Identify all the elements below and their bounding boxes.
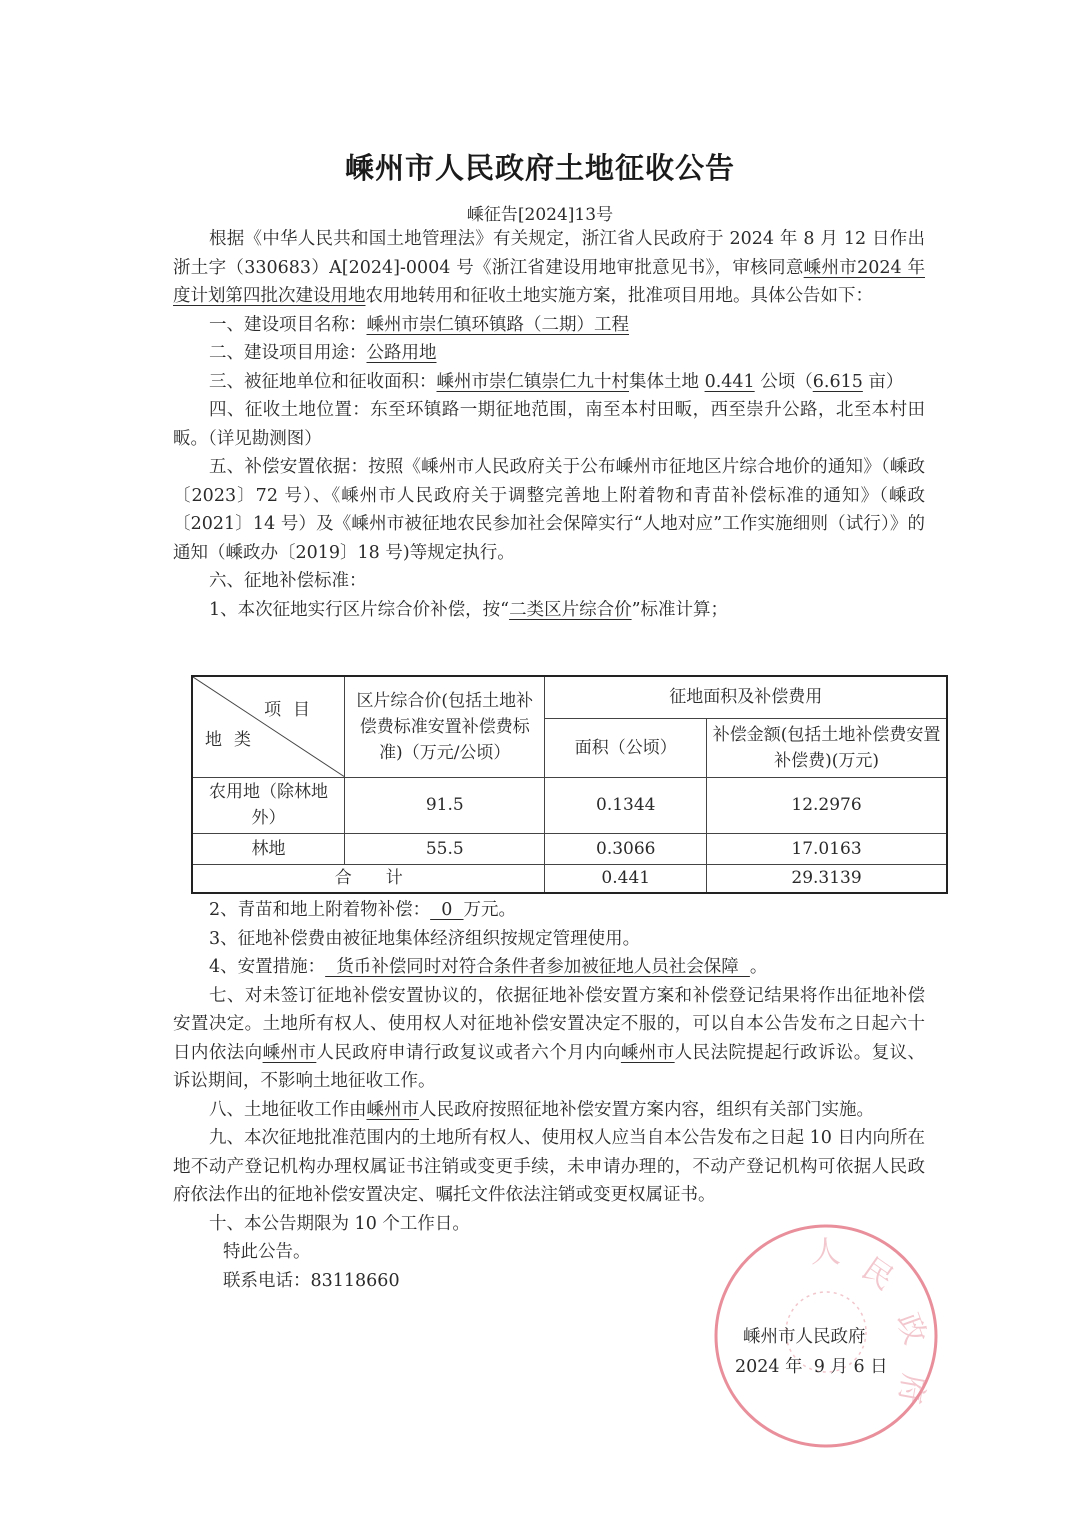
table-total-row: 合 计 0.441 29.3139 bbox=[192, 864, 947, 893]
cell-land-type: 农用地（除林地外） bbox=[192, 777, 345, 833]
item-eight: 八、土地征收工作由嵊州市人民政府按照征地补偿安置方案内容，组织有关部门实施。 bbox=[173, 1096, 925, 1125]
city-name: 嵊州市 bbox=[621, 1043, 675, 1063]
item-three: 三、被征地单位和征收面积：嵊州市崇仁镇崇仁九十村集体土地 0.441 公顷（6.… bbox=[173, 368, 925, 397]
item-three-label: 三、被征地单位和征收面积： bbox=[209, 372, 437, 392]
cell-price: 91.5 bbox=[345, 777, 545, 833]
item-seven-text-b: 人民政府申请行政复议或者六个月内向 bbox=[316, 1043, 621, 1063]
project-purpose: 公路用地 bbox=[367, 343, 437, 363]
cell-total-label: 合 计 bbox=[192, 864, 545, 893]
signing-organization: 嵊州市人民政府 bbox=[735, 1322, 905, 1352]
cell-land-type: 林地 bbox=[192, 833, 345, 864]
compensation-table: 项目 地类 区片综合价(包括土地补偿费标准安置补偿费标准)（万元/公顷） 征地面… bbox=[191, 675, 948, 894]
cell-amount: 12.2976 bbox=[707, 777, 947, 833]
item-five: 五、补偿安置依据：按照《嵊州市人民政府关于公布嵊州市征地区片综合地价的通知》（嵊… bbox=[173, 453, 925, 567]
document-number: 嵊征告[2024]13号 bbox=[0, 200, 1080, 225]
item-six-1-text: 1、本次征地实行区片综合价补偿，按“ bbox=[209, 600, 509, 620]
cell-area: 0.1344 bbox=[545, 777, 707, 833]
city-name: 嵊州市 bbox=[367, 1100, 420, 1120]
item-two: 二、建设项目用途：公路用地 bbox=[173, 339, 925, 368]
city-name: 嵊州市 bbox=[263, 1043, 317, 1063]
item-six: 六、征地补偿标准： bbox=[173, 567, 925, 596]
page-title: 嵊州市人民政府土地征收公告 bbox=[0, 146, 1080, 187]
item-six-2: 2、青苗和地上附着物补偿： 0 万元。 bbox=[173, 896, 925, 925]
item-seven: 七、对未签订征地补偿安置协议的，依据征地补偿安置方案和补偿登记结果将作出征地补偿… bbox=[173, 982, 925, 1096]
expropriated-unit: 嵊州市崇仁镇崇仁九十村 bbox=[437, 372, 630, 392]
cell-total-amount: 29.3139 bbox=[707, 864, 947, 893]
item-one-label: 一、建设项目名称： bbox=[209, 315, 367, 335]
cell-total-area: 0.441 bbox=[545, 864, 707, 893]
svg-text:人: 人 bbox=[811, 1235, 841, 1270]
table-corner-header: 项目 地类 bbox=[192, 676, 345, 777]
item-six-1-tail: ”标准计算； bbox=[632, 600, 728, 620]
cell-amount: 17.0163 bbox=[707, 833, 947, 864]
resettlement-measure: 货币补偿同时对符合条件者参加被征地人员社会保障 bbox=[325, 957, 750, 977]
svg-text:民: 民 bbox=[855, 1251, 900, 1297]
table-row: 林地 55.5 0.3066 17.0163 bbox=[192, 833, 947, 864]
body-section-top: 根据《中华人民共和国土地管理法》有关规定，浙江省人民政府于 2024 年 8 月… bbox=[173, 225, 925, 624]
cell-area: 0.3066 bbox=[545, 833, 707, 864]
intro-paragraph: 根据《中华人民共和国土地管理法》有关规定，浙江省人民政府于 2024 年 8 月… bbox=[173, 225, 925, 311]
signature-block: 嵊州市人民政府 2024 年 9 月 6 日 bbox=[735, 1322, 905, 1382]
item-one: 一、建设项目名称：嵊州市崇仁镇环镇路（二期）工程 bbox=[173, 311, 925, 340]
zone-price-class: 二类区片综合价 bbox=[509, 600, 632, 620]
corner-label-item: 项目 bbox=[264, 697, 322, 723]
item-nine: 九、本次征地批准范围内的土地所有权人、使用权人应当自本公告发布之日起 10 日内… bbox=[173, 1124, 925, 1210]
project-name: 嵊州市崇仁镇环镇路（二期）工程 bbox=[367, 315, 630, 335]
item-six-2-tail: 万元。 bbox=[464, 900, 517, 920]
item-eight-text-b: 人民政府按照征地补偿安置方案内容，组织有关部门实施。 bbox=[419, 1100, 874, 1120]
table-row: 农用地（除林地外） 91.5 0.1344 12.2976 bbox=[192, 777, 947, 833]
item-three-text: 集体土地 bbox=[629, 372, 705, 392]
cell-price: 55.5 bbox=[345, 833, 545, 864]
crop-compensation-amount: 0 bbox=[430, 900, 463, 920]
area-hectares: 0.441 bbox=[705, 372, 755, 392]
item-six-1: 1、本次征地实行区片综合价补偿，按“二类区片综合价”标准计算； bbox=[173, 596, 925, 625]
header-area: 面积（公顷） bbox=[545, 718, 707, 777]
item-six-3: 3、征地补偿费由被征地集体经济组织按规定管理使用。 bbox=[173, 925, 925, 954]
header-area-and-cost: 征地面积及补偿费用 bbox=[545, 676, 947, 718]
item-three-tail: 亩） bbox=[863, 372, 904, 392]
item-six-4: 4、安置措施： 货币补偿同时对符合条件者参加被征地人员社会保障 。 bbox=[173, 953, 925, 982]
intro-text-tail: 农用地转用和征收土地实施方案，批准项目用地。具体公告如下： bbox=[366, 286, 874, 306]
header-zone-price: 区片综合价(包括土地补偿费标准安置补偿费标准)（万元/公顷） bbox=[345, 676, 545, 777]
header-amount: 补偿金额(包括土地补偿费安置补偿费)(万元) bbox=[707, 718, 947, 777]
item-two-label: 二、建设项目用途： bbox=[209, 343, 367, 363]
corner-label-land-type: 地类 bbox=[205, 727, 263, 753]
item-eight-text-a: 八、土地征收工作由 bbox=[209, 1100, 367, 1120]
item-four: 四、征收土地位置：东至环镇路一期征地范围，南至本村田畈，西至崇升公路，北至本村田… bbox=[173, 396, 925, 453]
area-mu: 6.615 bbox=[813, 372, 863, 392]
item-six-4-text: 4、安置措施： bbox=[209, 957, 325, 977]
signing-date: 2024 年 9 月 6 日 bbox=[735, 1352, 905, 1382]
item-three-text-2: 公顷（ bbox=[755, 372, 813, 392]
document-page: 嵊州市人民政府土地征收公告 嵊征告[2024]13号 根据《中华人民共和国土地管… bbox=[0, 0, 1080, 1529]
item-six-2-text: 2、青苗和地上附着物补偿： bbox=[209, 900, 430, 920]
item-six-4-tail: 。 bbox=[750, 957, 768, 977]
